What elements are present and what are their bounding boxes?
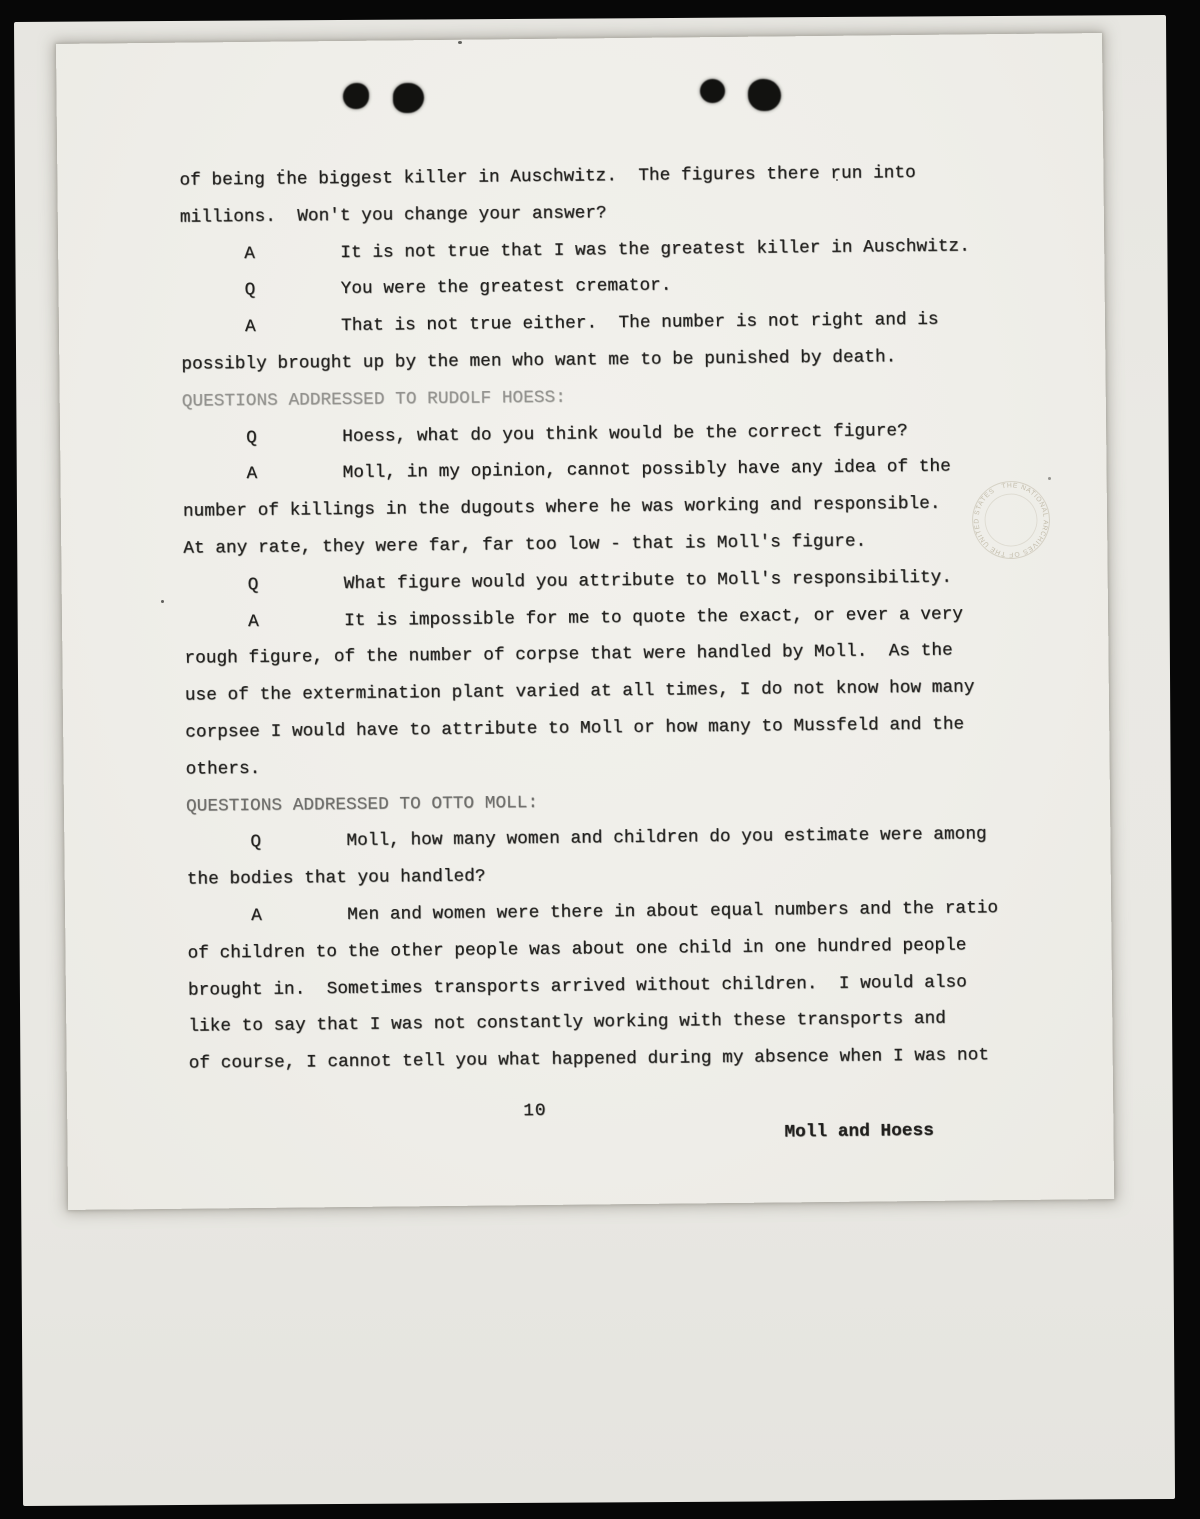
punch-hole-icon <box>700 79 725 103</box>
scan-speck <box>161 600 164 603</box>
scanned-document-page: { "colors": { "ink": "#201f1d", "sheet_p… <box>0 0 1200 1519</box>
punch-hole-icon <box>748 79 781 111</box>
document-sheet: of being the biggest killer in Auschwitz… <box>56 33 1114 1210</box>
scan-speck <box>281 169 284 171</box>
punch-hole-icon <box>343 83 369 109</box>
stamp-text: THE NATIONAL ARCHIVES OF THE UNITED STAT… <box>965 474 1058 567</box>
page-number: 10 <box>523 1093 547 1130</box>
scan-speck <box>458 41 462 44</box>
typed-lines: of being the biggest killer in Auschwitz… <box>179 154 1039 1083</box>
footer-label: Moll and Hoess <box>784 1113 934 1151</box>
text-line: of course, I cannot tell you what happen… <box>188 1037 1038 1083</box>
svg-text:THE NATIONAL ARCHIVES OF THE U: THE NATIONAL ARCHIVES OF THE UNITED STAT… <box>965 474 1058 567</box>
scan-speck <box>836 179 838 181</box>
scan-speck <box>1048 477 1051 480</box>
